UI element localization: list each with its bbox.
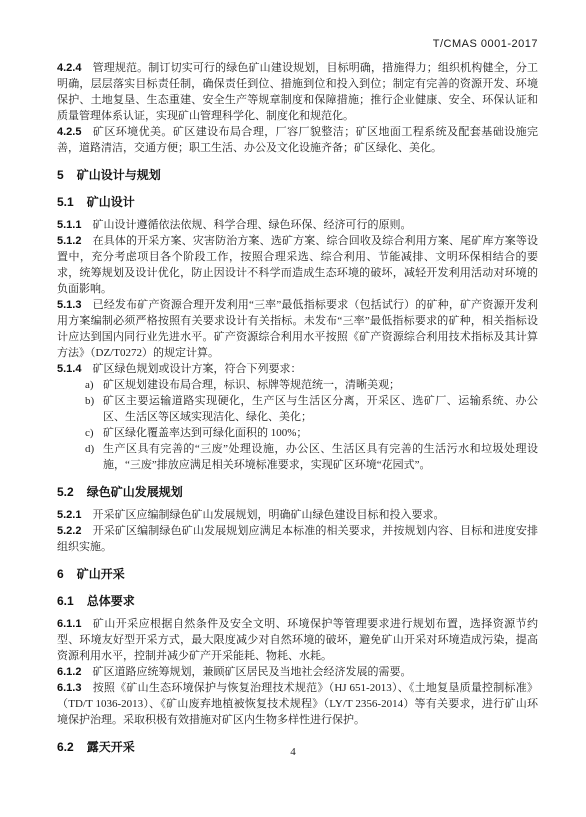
- clause-6-1-1: 6.1.1矿山开采应根据自然条件及安全文明、环境保护等管理要求进行规划布置，选择…: [57, 616, 538, 664]
- clause-4-2-4: 4.2.4管理规范。制订切实可行的绿色矿山建设规划，目标明确，措施得力；组织机构…: [57, 60, 538, 124]
- page-footer: 4: [0, 746, 586, 758]
- clause-number: 5.2.1: [57, 509, 92, 521]
- heading-5-1: 5.1矿山设计: [57, 194, 538, 210]
- clause-number: 6.1.3: [57, 682, 92, 694]
- clause-text: 矿区环境优美。矿区建设布局合理，厂容厂貌整洁；矿区地面工程系统及配套基础设施完善…: [57, 126, 538, 154]
- list-marker: c): [85, 425, 103, 441]
- clause-number: 6.1.2: [57, 666, 92, 678]
- clause-text: 管理规范。制订切实可行的绿色矿山建设规划，目标明确，措施得力；组织机构健全，分工…: [57, 62, 538, 122]
- document-body: 4.2.4管理规范。制订切实可行的绿色矿山建设规划，目标明确，措施得力；组织机构…: [57, 60, 538, 762]
- list-marker: b): [85, 393, 103, 425]
- clause-number: 5.1.1: [57, 219, 92, 231]
- clause-number: 5.1.3: [57, 299, 92, 311]
- page-number: 4: [290, 746, 296, 758]
- clause-number: 5.1.2: [57, 235, 92, 247]
- list-item-text: 矿区规划建设布局合理，标识、标牌等规范统一，清晰美观；: [103, 377, 538, 393]
- clause-text: 矿区道路应统筹规划，兼顾矿区居民及当地社会经济发展的需要。: [92, 666, 411, 678]
- document-page: T/CMAS 0001-2017 4.2.4管理规范。制订切实可行的绿色矿山建设…: [0, 0, 586, 817]
- clause-5-1-3: 5.1.3已经发布矿产资源合理开发利用“三率”最低指标要求（包括试行）的矿种，矿…: [57, 297, 538, 361]
- clause-number: 6.1.1: [57, 618, 92, 630]
- clause-4-2-5: 4.2.5矿区环境优美。矿区建设布局合理，厂容厂貌整洁；矿区地面工程系统及配套基…: [57, 124, 538, 156]
- heading-6: 6矿山开采: [57, 566, 538, 582]
- clause-text: 按照《矿山生态环境保护与恢复治理技术规范》（HJ 651-2013）、《土地复垦…: [57, 682, 538, 726]
- clause-5-1-1: 5.1.1矿山设计遵循依法依规、科学合理、绿色环保、经济可行的原则。: [57, 217, 538, 233]
- heading-number: 5.2: [57, 485, 87, 499]
- heading-number: 6: [57, 567, 77, 581]
- heading-title: 矿山设计与规划: [77, 168, 161, 182]
- heading-title: 矿山开采: [77, 567, 125, 581]
- list-marker: a): [85, 377, 103, 393]
- clause-text: 开采矿区编制绿色矿山发展规划应满足本标准的相关要求，并按规划内容、目标和进度安排…: [57, 525, 538, 553]
- list-item-text: 矿区主要运输道路实现硬化，生产区与生活区分离，开采区、选矿厂、运输系统、办公区、…: [103, 393, 538, 425]
- clause-number: 4.2.4: [57, 62, 92, 74]
- list-item-text: 生产区具有完善的“三废”处理设施，办公区、生活区具有完善的生活污水和垃圾处理设施…: [103, 441, 538, 473]
- clause-5-1-4: 5.1.4矿区绿色规划或设计方案，符合下列要求：: [57, 361, 538, 377]
- list-item-a: a) 矿区规划建设布局合理，标识、标牌等规范统一，清晰美观；: [57, 377, 538, 393]
- list-item-text: 矿区绿化覆盖率达到可绿化面积的 100%；: [103, 425, 538, 441]
- document-header: T/CMAS 0001-2017: [57, 38, 538, 50]
- clause-number: 5.2.2: [57, 525, 92, 537]
- clause-text: 矿山设计遵循依法依规、科学合理、绿色环保、经济可行的原则。: [92, 219, 411, 231]
- heading-number: 6.1: [57, 594, 87, 608]
- list-item-d: d) 生产区具有完善的“三废”处理设施，办公区、生活区具有完善的生活污水和垃圾处…: [57, 441, 538, 473]
- clause-5-2-2: 5.2.2开采矿区编制绿色矿山发展规划应满足本标准的相关要求，并按规划内容、目标…: [57, 523, 538, 555]
- clause-5-2-1: 5.2.1开采矿区应编制绿色矿山发展规划，明确矿山绿色建设目标和投入要求。: [57, 507, 538, 523]
- heading-title: 矿山设计: [87, 195, 135, 209]
- clause-6-1-2: 6.1.2矿区道路应统筹规划，兼顾矿区居民及当地社会经济发展的需要。: [57, 664, 538, 680]
- heading-5-2: 5.2绿色矿山发展规划: [57, 484, 538, 500]
- list-item-b: b) 矿区主要运输道路实现硬化，生产区与生活区分离，开采区、选矿厂、运输系统、办…: [57, 393, 538, 425]
- clause-text: 开采矿区应编制绿色矿山发展规划，明确矿山绿色建设目标和投入要求。: [92, 509, 444, 521]
- heading-number: 5: [57, 168, 77, 182]
- clause-text: 已经发布矿产资源合理开发利用“三率”最低指标要求（包括试行）的矿种，矿产资源开发…: [57, 299, 538, 359]
- list-marker: d): [85, 441, 103, 473]
- heading-title: 总体要求: [87, 594, 135, 608]
- doc-code: T/CMAS 0001-2017: [433, 38, 538, 50]
- heading-5: 5矿山设计与规划: [57, 167, 538, 183]
- clause-5-1-2: 5.1.2在具体的开采方案、灾害防治方案、选矿方案、综合回收及综合利用方案、尾矿…: [57, 233, 538, 297]
- heading-number: 5.1: [57, 195, 87, 209]
- heading-title: 绿色矿山发展规划: [87, 485, 183, 499]
- heading-6-1: 6.1总体要求: [57, 593, 538, 609]
- clause-6-1-3: 6.1.3按照《矿山生态环境保护与恢复治理技术规范》（HJ 651-2013）、…: [57, 680, 538, 728]
- list-item-c: c) 矿区绿化覆盖率达到可绿化面积的 100%；: [57, 425, 538, 441]
- clause-5-1-4-list: a) 矿区规划建设布局合理，标识、标牌等规范统一，清晰美观； b) 矿区主要运输…: [57, 377, 538, 473]
- clause-text: 矿区绿色规划或设计方案，符合下列要求：: [92, 363, 301, 375]
- clause-text: 矿山开采应根据自然条件及安全文明、环境保护等管理要求进行规划布置，选择资源节约型…: [57, 618, 538, 662]
- clause-number: 4.2.5: [57, 126, 92, 138]
- clause-text: 在具体的开采方案、灾害防治方案、选矿方案、综合回收及综合利用方案、尾矿库方案等设…: [57, 235, 538, 295]
- clause-number: 5.1.4: [57, 363, 92, 375]
